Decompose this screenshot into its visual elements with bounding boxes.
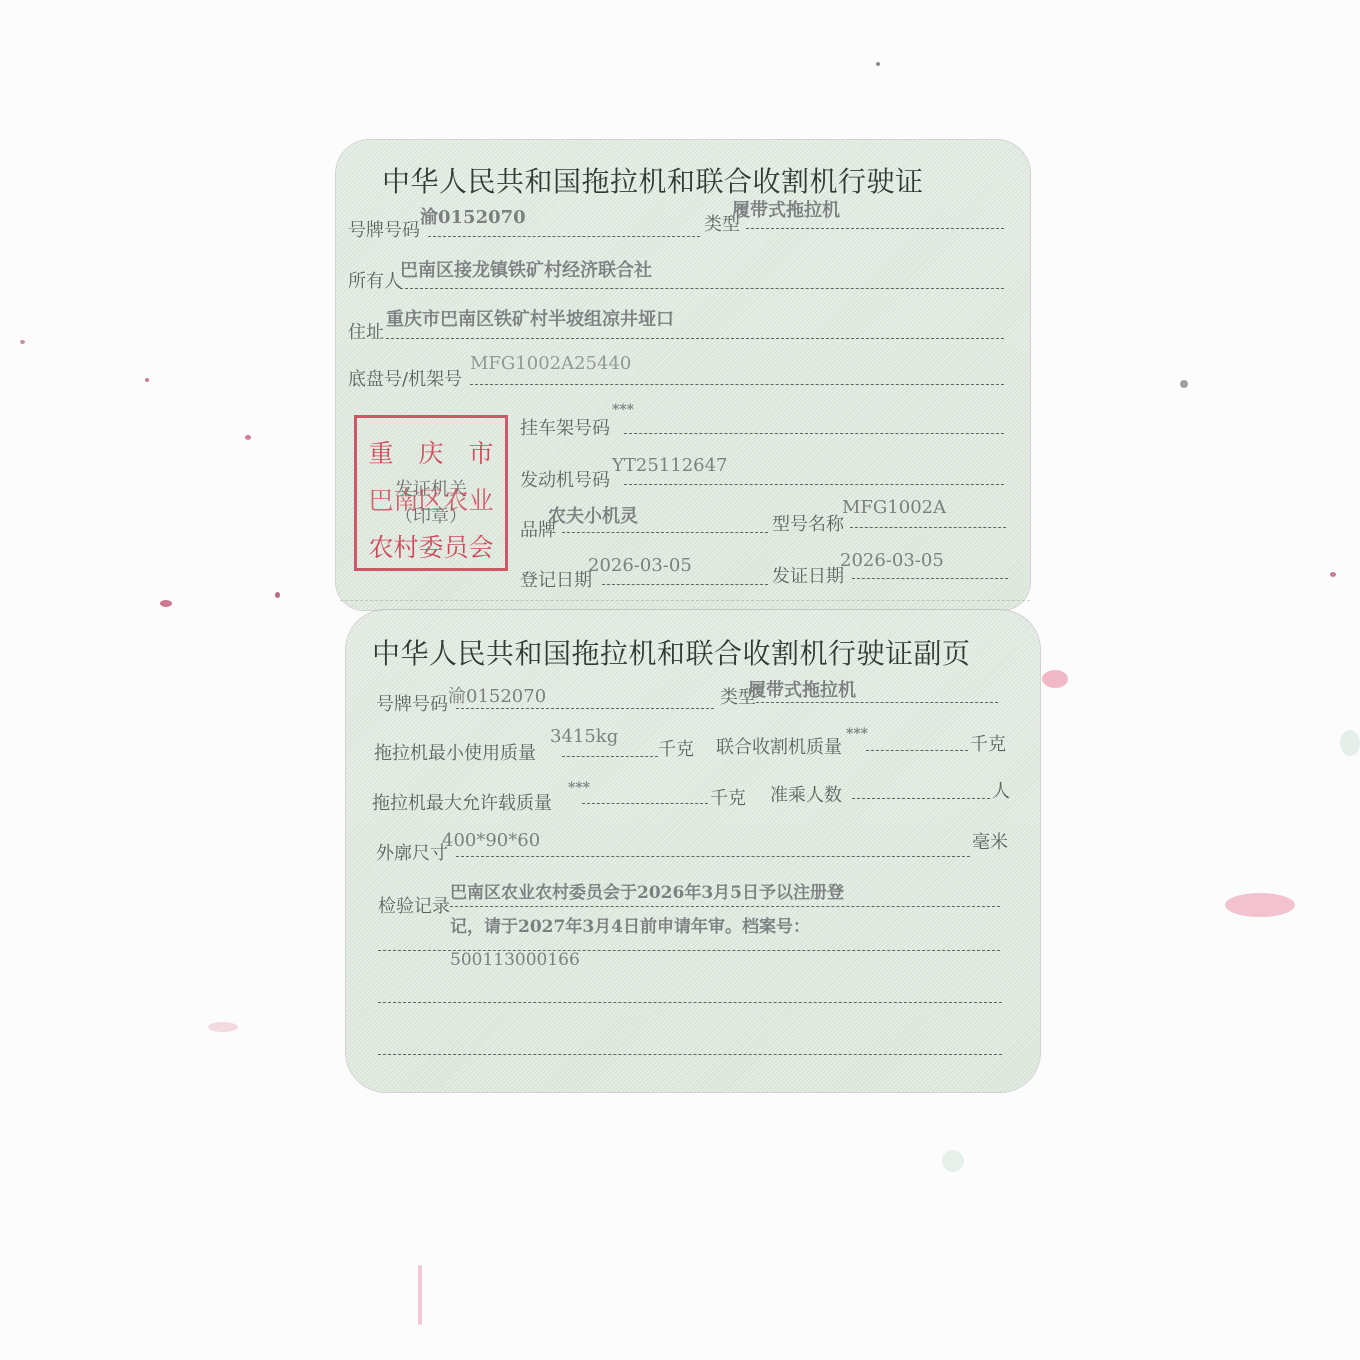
max-load-unit: 千克 bbox=[710, 784, 746, 810]
stamp-line-3: 农村委员会 bbox=[357, 528, 505, 564]
registration-date-line bbox=[602, 584, 768, 585]
speck bbox=[275, 592, 280, 598]
sub-card-title: 中华人民共和国拖拉机和联合收割机行驶证副页 bbox=[372, 632, 971, 672]
address-label: 住址 bbox=[348, 318, 384, 344]
perforation-line bbox=[340, 600, 1030, 601]
chassis-value: MFG1002A25440 bbox=[470, 353, 631, 374]
type-value: 履带式拖拉机 bbox=[732, 196, 840, 222]
inspection-line-2: 记，请于2027年3月4日前申请年审。档案号： bbox=[450, 912, 810, 937]
min-mass-label: 拖拉机最小使用质量 bbox=[374, 739, 536, 765]
harvester-mass-unit: 千克 bbox=[970, 730, 1006, 756]
engine-line bbox=[624, 484, 1004, 485]
model-label: 型号名称 bbox=[772, 510, 844, 536]
sub-plate-line bbox=[456, 708, 714, 709]
speck bbox=[1225, 893, 1295, 917]
speck bbox=[20, 340, 25, 344]
plate-line bbox=[428, 236, 700, 237]
engine-value: YT25112647 bbox=[612, 455, 728, 476]
blank-line-1 bbox=[378, 1002, 1002, 1003]
plate-label: 号牌号码 bbox=[348, 216, 420, 242]
sub-plate-value: 渝0152070 bbox=[448, 682, 546, 708]
dimensions-unit: 毫米 bbox=[972, 828, 1008, 854]
trailer-line bbox=[624, 433, 1004, 434]
max-load-line bbox=[582, 803, 708, 804]
sub-plate-label: 号牌号码 bbox=[376, 690, 448, 716]
speck bbox=[1340, 730, 1360, 756]
chassis-line bbox=[470, 384, 1004, 385]
min-mass-value: 3415kg bbox=[550, 726, 618, 747]
engine-label: 发动机号码 bbox=[520, 466, 610, 492]
inspection-line-1: 巴南区农业农村委员会于2026年3月5日予以注册登 bbox=[450, 878, 844, 903]
chassis-label: 底盘号/机架号 bbox=[348, 365, 462, 391]
inspection-line-3: 500113000166 bbox=[450, 950, 580, 970]
owner-value: 巴南区接龙镇铁矿村经济联合社 bbox=[400, 256, 652, 282]
address-value: 重庆市巴南区铁矿村半坡组凉井垭口 bbox=[386, 305, 674, 331]
sub-type-line bbox=[756, 702, 998, 703]
min-mass-line bbox=[562, 756, 658, 757]
inspection-dash-1 bbox=[450, 906, 1000, 907]
min-mass-unit: 千克 bbox=[658, 735, 694, 761]
registration-date-label: 登记日期 bbox=[520, 566, 592, 592]
trailer-label: 挂车架号码 bbox=[520, 414, 610, 440]
main-card-title: 中华人民共和国拖拉机和联合收割机行驶证 bbox=[382, 160, 924, 200]
speck bbox=[160, 600, 172, 607]
speck bbox=[1042, 670, 1068, 688]
type-line bbox=[746, 228, 1004, 229]
harvester-mass-line bbox=[866, 750, 968, 751]
dimensions-value: 400*90*60 bbox=[442, 830, 540, 851]
dimensions-line bbox=[456, 856, 970, 857]
speck bbox=[245, 435, 251, 440]
max-load-value: *** bbox=[568, 780, 590, 796]
harvester-mass-value: *** bbox=[846, 726, 868, 742]
blank-line-2 bbox=[378, 1054, 1002, 1055]
model-line bbox=[850, 527, 1006, 528]
passengers-label: 准乘人数 bbox=[770, 781, 842, 807]
brand-value: 农夫小机灵 bbox=[548, 502, 638, 528]
dimensions-label: 外廓尺寸 bbox=[376, 839, 448, 865]
owner-label: 所有人 bbox=[348, 267, 402, 293]
speck bbox=[418, 1265, 422, 1325]
issue-date-line bbox=[852, 578, 1008, 579]
brand-line bbox=[562, 532, 768, 533]
passengers-unit: 人 bbox=[992, 777, 1010, 803]
speck bbox=[145, 378, 149, 382]
harvester-mass-label: 联合收割机质量 bbox=[716, 733, 842, 759]
seal-note: （印章） bbox=[357, 502, 505, 528]
stamp-line-1: 重 庆 市 bbox=[357, 434, 505, 470]
address-line bbox=[386, 338, 1004, 339]
plate-value: 渝0152070 bbox=[420, 203, 526, 229]
max-load-label: 拖拉机最大允许载质量 bbox=[372, 789, 552, 815]
sub-type-value: 履带式拖拉机 bbox=[748, 676, 856, 702]
issuing-authority-stamp: 重 庆 市 发证机关 巴南区农业 （印章） 农村委员会 bbox=[354, 415, 508, 571]
inspection-label: 检验记录 bbox=[378, 892, 450, 918]
issue-date-label: 发证日期 bbox=[772, 562, 844, 588]
trailer-value: *** bbox=[612, 402, 634, 418]
owner-line bbox=[400, 288, 1004, 289]
speck bbox=[208, 1022, 238, 1032]
speck bbox=[1180, 380, 1188, 388]
speck bbox=[876, 62, 880, 66]
speck bbox=[1330, 572, 1336, 577]
registration-date-value: 2026-03-05 bbox=[588, 555, 692, 576]
issue-date-value: 2026-03-05 bbox=[840, 550, 944, 571]
model-value: MFG1002A bbox=[842, 497, 946, 518]
speck bbox=[942, 1150, 964, 1172]
passengers-line bbox=[852, 798, 990, 799]
